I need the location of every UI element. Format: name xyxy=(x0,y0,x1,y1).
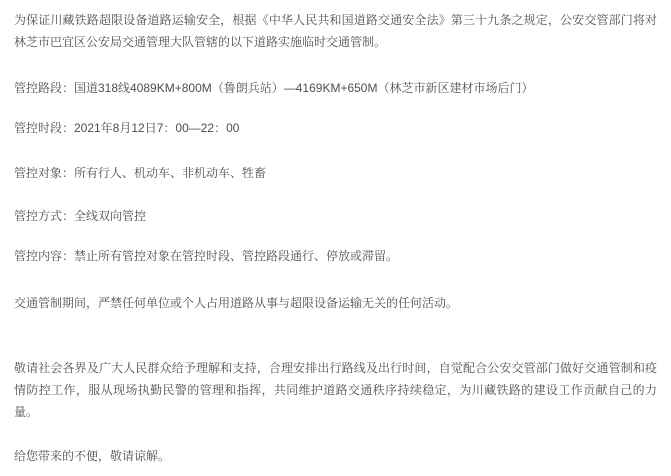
paragraph-control-content: 管控内容：禁止所有管控对象在管控时段、管控路段通行、停放或滞留。 xyxy=(14,245,657,267)
paragraph-intro: 为保证川藏铁路超限设备道路运输安全，根据《中华人民共和国道路交通安全法》第三十九… xyxy=(14,9,657,53)
traffic-control-notice: 为保证川藏铁路超限设备道路运输安全，根据《中华人民共和国道路交通安全法》第三十九… xyxy=(0,0,671,476)
paragraph-appeal: 敬请社会各界及广大人民群众给予理解和支持，合理安排出行路线及出行时间，自觉配合公… xyxy=(14,357,657,423)
paragraph-apology: 给您带来的不便，敬请谅解。 xyxy=(14,445,657,467)
paragraph-prohibition: 交通管制期间，严禁任何单位或个人占用道路从事与超限设备运输无关的任何活动。 xyxy=(14,292,657,314)
paragraph-control-section: 管控路段：国道318线4089KM+800M（鲁朗兵站）—4169KM+650M… xyxy=(14,77,657,99)
paragraph-control-method: 管控方式：全线双向管控 xyxy=(14,205,657,227)
paragraph-control-time: 管控时段：2021年8月12日7：00—22：00 xyxy=(14,117,657,139)
paragraph-control-targets: 管控对象：所有行人、机动车、非机动车、牲畜 xyxy=(14,162,657,184)
